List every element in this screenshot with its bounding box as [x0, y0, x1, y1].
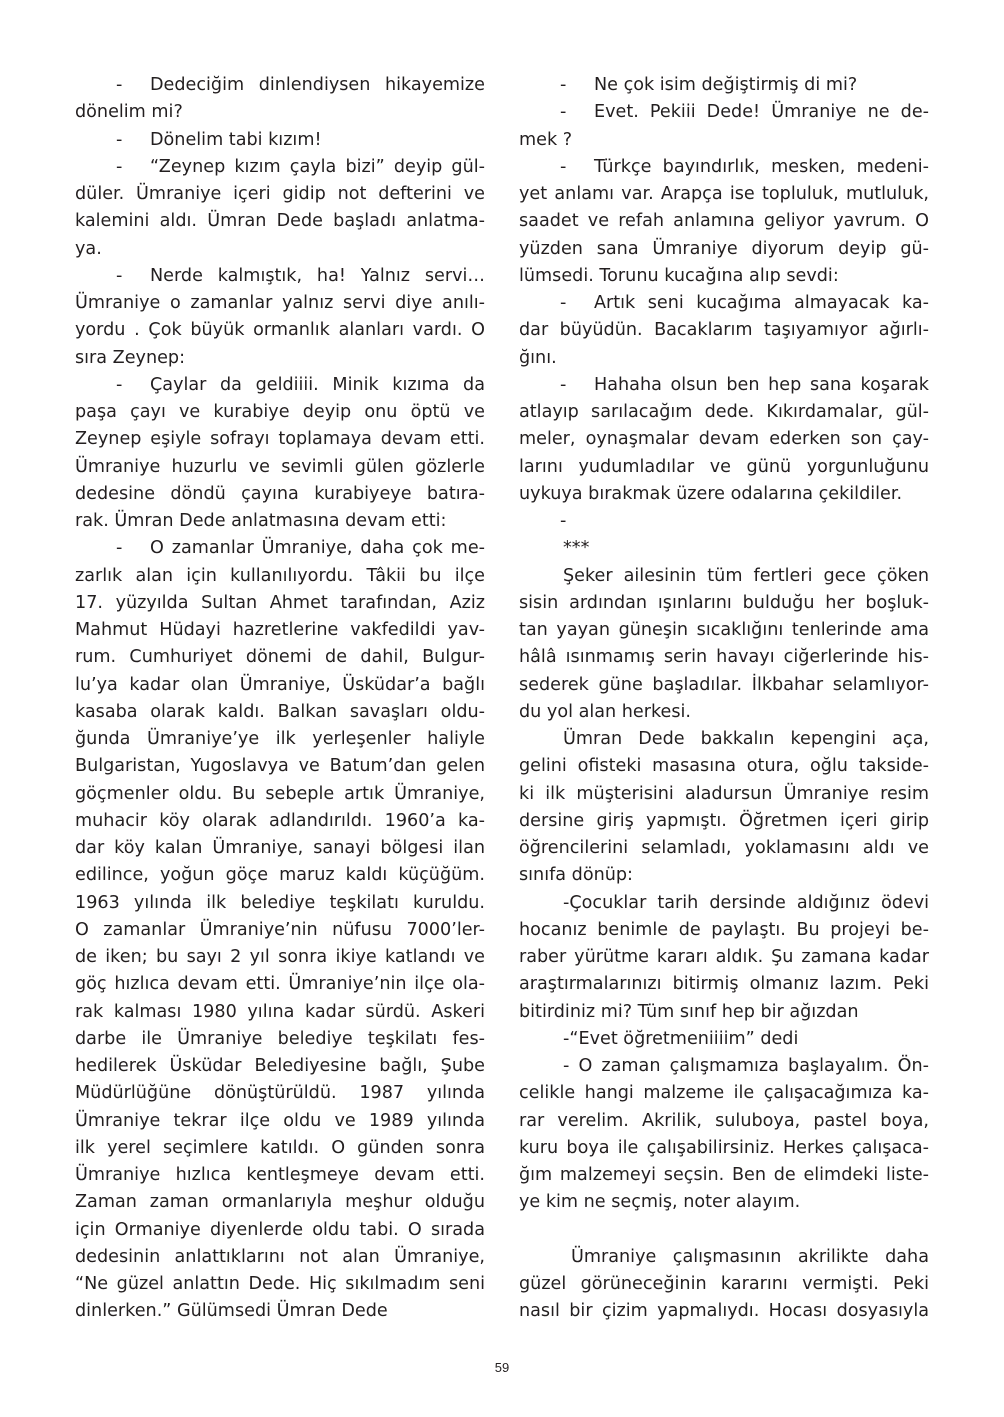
dialogue-dash: -: [75, 263, 150, 290]
line-text: nasıl bir çizim yapmalıydı. Hocası dosya…: [519, 1298, 929, 1325]
text-line: ğım malzemeyi seçsin. Ben de elimdeki li…: [519, 1162, 929, 1189]
text-line: atlayıp sarılacağım dede. Kıkırdamalar, …: [519, 399, 929, 426]
line-text: kuru boya ile çalışabilirsiniz. Herkes ç…: [519, 1135, 929, 1162]
line-text: darbe ile Ümraniye belediye teşkilatı fe…: [75, 1026, 485, 1053]
dialogue-dash: -: [75, 372, 150, 399]
dialogue-dash: -: [75, 127, 150, 154]
line-text: Zaman zaman ormanlarıyla meşhur olduğu: [75, 1189, 485, 1216]
text-line: Mahmut Hüdayi hazretlerine vakfedildi ya…: [75, 617, 485, 644]
line-text: -Çocuklar tarih dersinde aldığınız ödevi: [563, 890, 929, 917]
text-line: hedilerek Üsküdar Belediyesine bağlı, Şu…: [75, 1053, 485, 1080]
line-text: sederek güne başladılar. İlkbahar selaml…: [519, 672, 929, 699]
text-line: göçmenler oldu. Bu sebeple artık Ümraniy…: [75, 781, 485, 808]
text-line: [519, 1217, 929, 1244]
text-line: du yol alan herkesi.: [519, 699, 929, 726]
dialogue-dash: -: [519, 154, 594, 181]
text-line: rak. Ümran Dede anlatmasına devam etti:: [75, 508, 485, 535]
line-text: Şeker ailesinin tüm fertleri gece çöken: [563, 563, 929, 590]
line-text: saadet ve refah anlamına geliyor yavrum.…: [519, 208, 929, 235]
text-line: ki ilk müşterisini aladursun Ümraniye re…: [519, 781, 929, 808]
line-text: için Ormaniye diyenlerde oldu tabi. O sı…: [75, 1217, 485, 1244]
line-text: larını yudumladılar ve günü yorgunluğunu: [519, 454, 929, 481]
text-line: nasıl bir çizim yapmalıydı. Hocası dosya…: [519, 1298, 929, 1325]
text-line: 1963 yılında ilk belediye teşkilatı kuru…: [75, 890, 485, 917]
text-line: dersine giriş yapmıştı. Öğretmen içeri g…: [519, 808, 929, 835]
text-line: paşa çayı ve kurabiye deyip onu öptü ve: [75, 399, 485, 426]
left-text-column: -Dedeciğim dinlendiysen hikayemizedöneli…: [75, 72, 485, 1326]
text-line: ye kim ne seçmiş, noter alayım.: [519, 1189, 929, 1216]
line-text: ya.: [75, 236, 485, 263]
line-text: atlayıp sarılacağım dede. Kıkırdamalar, …: [519, 399, 929, 426]
line-text: araştırmalarınızı bitirmiş olmanız lazım…: [519, 971, 929, 998]
text-line: -Dönelim tabi kızım!: [75, 127, 485, 154]
line-text: dedesinin anlattıklarını not alan Ümrani…: [75, 1244, 485, 1271]
text-line: kalemini aldı. Ümran Dede başladı anlatm…: [75, 208, 485, 235]
line-text: zarlık alan için kullanılıyordu. Tâkii b…: [75, 563, 485, 590]
text-line: Zaman zaman ormanlarıyla meşhur olduğu: [75, 1189, 485, 1216]
text-line: Ümraniye hızlıca kentleşmeye devam etti.: [75, 1162, 485, 1189]
line-text: yet anlamı var. Arapça ise topluluk, mut…: [519, 181, 929, 208]
right-text-column: -Ne çok isim değiştirmiş di mi?-Evet. Pe…: [519, 72, 929, 1326]
line-text: Ümraniye tekrar ilçe oldu ve 1989 yılınd…: [75, 1108, 485, 1135]
text-line: dinlerken.” Gülümsedi Ümran Dede: [75, 1298, 485, 1325]
line-text: 17. yüzyılda Sultan Ahmet tarafından, Az…: [75, 590, 485, 617]
text-line: güzel görüneceğinin kararını vermişti. P…: [519, 1271, 929, 1298]
dialogue-dash: -: [519, 99, 594, 126]
text-line: rar verelim. Akrilik, suluboya, pastel b…: [519, 1108, 929, 1135]
line-text: lu’ya kadar olan Ümraniye, Üsküdar’a bağ…: [75, 672, 485, 699]
line-text: dersine giriş yapmıştı. Öğretmen içeri g…: [519, 808, 929, 835]
line-text: gelini ofisteki masasına otura, oğlu tak…: [519, 753, 929, 780]
text-line: hocanız benimle de paylaştı. Bu projeyi …: [519, 917, 929, 944]
text-line: sınıfa dönüp:: [519, 862, 929, 889]
text-line: raber yürütme kararı aldık. Şu zamana ka…: [519, 944, 929, 971]
line-text: Hahaha olsun ben hep sana koşarak: [594, 372, 929, 399]
text-line: araştırmalarınızı bitirmiş olmanız lazım…: [519, 971, 929, 998]
text-line: larını yudumladılar ve günü yorgunluğunu: [519, 454, 929, 481]
text-line: dar büyüdün. Bacaklarım taşıyamıyor ağır…: [519, 317, 929, 344]
text-line: ilk yerel seçimlere katıldı. O günden so…: [75, 1135, 485, 1162]
text-line: lümsedi. Torunu kucağına alıp sevdi:: [519, 263, 929, 290]
line-text: Ümran Dede bakkalın kepengini aça,: [563, 726, 929, 753]
dialogue-dash: -: [519, 72, 594, 99]
line-text: Nerde kalmıştık, ha! Yalnız servi…: [150, 263, 485, 290]
line-text: Bulgaristan, Yugoslavya ve Batum’dan gel…: [75, 753, 485, 780]
line-text: meler, oynaşmalar devam ederken son çay-: [519, 426, 929, 453]
line-text: Mahmut Hüdayi hazretlerine vakfedildi ya…: [75, 617, 485, 644]
page-number: 59: [0, 1360, 1004, 1375]
line-text: ilk yerel seçimlere katıldı. O günden so…: [75, 1135, 485, 1162]
text-line: yet anlamı var. Arapça ise topluluk, mut…: [519, 181, 929, 208]
line-text: ğunda Ümraniye’ye ilk yerleşenler haliyl…: [75, 726, 485, 753]
text-line: -Çaylar da geldiiii. Minik kızıma da: [75, 372, 485, 399]
text-line: ğunda Ümraniye’ye ilk yerleşenler haliyl…: [75, 726, 485, 753]
book-page: -Dedeciğim dinlendiysen hikayemizedöneli…: [0, 0, 1004, 1417]
text-line: yüzden sana Ümraniye diyorum deyip gü-: [519, 236, 929, 263]
dialogue-dash: -: [519, 508, 594, 535]
text-line: kuru boya ile çalışabilirsiniz. Herkes ç…: [519, 1135, 929, 1162]
line-text: Müdürlüğüne dönüştürüldü. 1987 yılında: [75, 1080, 485, 1107]
line-text: 1963 yılında ilk belediye teşkilatı kuru…: [75, 890, 485, 917]
text-line: yordu . Çok büyük ormanlık alanları vard…: [75, 317, 485, 344]
line-text: lümsedi. Torunu kucağına alıp sevdi:: [519, 263, 929, 290]
text-line: - O zaman çalışmamıza başlayalım. Ön-: [519, 1053, 929, 1080]
text-line: Bulgaristan, Yugoslavya ve Batum’dan gel…: [75, 753, 485, 780]
line-text: paşa çayı ve kurabiye deyip onu öptü ve: [75, 399, 485, 426]
line-text: göçmenler oldu. Bu sebeple artık Ümraniy…: [75, 781, 485, 808]
text-line: Müdürlüğüne dönüştürüldü. 1987 yılında: [75, 1080, 485, 1107]
dialogue-dash: -: [75, 535, 150, 562]
text-line: saadet ve refah anlamına geliyor yavrum.…: [519, 208, 929, 235]
line-text: sisin ardından ışınlarını bulduğu her bo…: [519, 590, 929, 617]
line-text: rak. Ümran Dede anlatmasına devam etti:: [75, 508, 485, 535]
line-text: göç hızlıca devam etti. Ümraniye’nin ilç…: [75, 971, 485, 998]
text-line: meler, oynaşmalar devam ederken son çay-: [519, 426, 929, 453]
line-text: ki ilk müşterisini aladursun Ümraniye re…: [519, 781, 929, 808]
line-text: Dedeciğim dinlendiysen hikayemize: [150, 72, 485, 99]
line-text: Artık seni kucağıma almayacak ka-: [594, 290, 929, 317]
line-text: Ümraniye o zamanlar yalnız servi diye an…: [75, 290, 485, 317]
line-text: dönelim mi?: [75, 99, 485, 126]
line-text: Ümraniye huzurlu ve sevimli gülen gözler…: [75, 454, 485, 481]
text-line: darbe ile Ümraniye belediye teşkilatı fe…: [75, 1026, 485, 1053]
text-line: -: [519, 508, 929, 535]
text-line: -Evet. Pekiii Dede! Ümraniye ne de-: [519, 99, 929, 126]
text-line: -Nerde kalmıştık, ha! Yalnız servi…: [75, 263, 485, 290]
text-line: için Ormaniye diyenlerde oldu tabi. O sı…: [75, 1217, 485, 1244]
line-text: tan yayan güneşin sıcaklığını tenlerinde…: [519, 617, 929, 644]
line-text: kasaba olarak kaldı. Balkan savaşları ol…: [75, 699, 485, 726]
line-text: güzel görüneceğinin kararını vermişti. P…: [519, 1271, 929, 1298]
text-line: lu’ya kadar olan Ümraniye, Üsküdar’a bağ…: [75, 672, 485, 699]
line-text: ye kim ne seçmiş, noter alayım.: [519, 1189, 929, 1216]
text-line: rak kalması 1980 yılına kadar sürdü. Ask…: [75, 999, 485, 1026]
text-line: ya.: [75, 236, 485, 263]
dialogue-dash: -: [519, 290, 594, 317]
text-line: -Ne çok isim değiştirmiş di mi?: [519, 72, 929, 99]
text-line: mek ?: [519, 127, 929, 154]
text-line: Ümraniye o zamanlar yalnız servi diye an…: [75, 290, 485, 317]
line-text: sıra Zeynep:: [75, 345, 485, 372]
text-line: Ümraniye çalışmasının akrilikte daha: [519, 1244, 929, 1271]
line-text: ğını.: [519, 345, 929, 372]
line-text: Evet. Pekiii Dede! Ümraniye ne de-: [594, 99, 929, 126]
line-text: rar verelim. Akrilik, suluboya, pastel b…: [519, 1108, 929, 1135]
line-text: hâlâ ısınmamış serin havayı ciğerlerinde…: [519, 644, 929, 671]
line-text: edilince, yoğun göçe maruz kaldı küçüğüm…: [75, 862, 485, 889]
line-text: - O zaman çalışmamıza başlayalım. Ön-: [563, 1053, 929, 1080]
text-line: -Artık seni kucağıma almayacak ka-: [519, 290, 929, 317]
text-line: Ümran Dede bakkalın kepengini aça,: [519, 726, 929, 753]
text-line: gelini ofisteki masasına otura, oğlu tak…: [519, 753, 929, 780]
text-line: bitirdiniz mi? Tüm sınıf hep bir ağızdan: [519, 999, 929, 1026]
text-line: -“Zeynep kızım çayla bizi” deyip gül-: [75, 154, 485, 181]
line-text: “Ne güzel anlattın Dede. Hiç sıkılmadım …: [75, 1271, 485, 1298]
dialogue-dash: -: [75, 154, 150, 181]
text-line: sıra Zeynep:: [75, 345, 485, 372]
text-line: dedesine döndü çayına kurabiyeye batıra-: [75, 481, 485, 508]
line-text: kalemini aldı. Ümran Dede başladı anlatm…: [75, 208, 485, 235]
line-text: dinlerken.” Gülümsedi Ümran Dede: [75, 1298, 485, 1325]
text-line: edilince, yoğun göçe maruz kaldı küçüğüm…: [75, 862, 485, 889]
line-text: sınıfa dönüp:: [519, 862, 929, 889]
line-text: düler. Ümraniye içeri gidip not defterin…: [75, 181, 485, 208]
text-line: celikle hangi malzeme ile çalışacağımıza…: [519, 1080, 929, 1107]
text-line: uykuya bırakmak üzere odalarına çekildil…: [519, 481, 929, 508]
line-text: rum. Cumhuriyet dönemi de dahil, Bulgur-: [75, 644, 485, 671]
text-line: 17. yüzyılda Sultan Ahmet tarafından, Az…: [75, 590, 485, 617]
line-text: Ümraniye çalışmasının akrilikte daha: [571, 1244, 929, 1271]
line-text: de iken; bu sayı 2 yıl sonra ikiye katla…: [75, 944, 485, 971]
text-line: -Hahaha olsun ben hep sana koşarak: [519, 372, 929, 399]
line-text: ğım malzemeyi seçsin. Ben de elimdeki li…: [519, 1162, 929, 1189]
text-line: -“Evet öğretmeniiiim” dedi: [519, 1026, 929, 1053]
line-text: muhacir köy olarak adlandırıldı. 1960’a …: [75, 808, 485, 835]
text-line: -Türkçe bayındırlık, mesken, medeni-: [519, 154, 929, 181]
text-line: düler. Ümraniye içeri gidip not defterin…: [75, 181, 485, 208]
text-line: dar köy kalan Ümraniye, sanayi bölgesi i…: [75, 835, 485, 862]
line-text: yüzden sana Ümraniye diyorum deyip gü-: [519, 236, 929, 263]
line-text: mek ?: [519, 127, 929, 154]
line-text: ***: [563, 535, 929, 562]
line-text: celikle hangi malzeme ile çalışacağımıza…: [519, 1080, 929, 1107]
line-text: O zamanlar Ümraniye’nin nüfusu 7000’ler-: [75, 917, 485, 944]
text-line: ğını.: [519, 345, 929, 372]
text-line: Zeynep eşiyle sofrayı toplamaya devam et…: [75, 426, 485, 453]
text-line: göç hızlıca devam etti. Ümraniye’nin ilç…: [75, 971, 485, 998]
text-line: Şeker ailesinin tüm fertleri gece çöken: [519, 563, 929, 590]
line-text: -“Evet öğretmeniiiim” dedi: [563, 1026, 929, 1053]
line-text: raber yürütme kararı aldık. Şu zamana ka…: [519, 944, 929, 971]
line-text: Ümraniye hızlıca kentleşmeye devam etti.: [75, 1162, 485, 1189]
line-text: Zeynep eşiyle sofrayı toplamaya devam et…: [75, 426, 485, 453]
line-text: yordu . Çok büyük ormanlık alanları vard…: [75, 317, 485, 344]
line-text: du yol alan herkesi.: [519, 699, 929, 726]
line-text: hedilerek Üsküdar Belediyesine bağlı, Şu…: [75, 1053, 485, 1080]
line-text: dar büyüdün. Bacaklarım taşıyamıyor ağır…: [519, 317, 929, 344]
text-line: sederek güne başladılar. İlkbahar selaml…: [519, 672, 929, 699]
text-line: sisin ardından ışınlarını bulduğu her bo…: [519, 590, 929, 617]
text-line: de iken; bu sayı 2 yıl sonra ikiye katla…: [75, 944, 485, 971]
line-text: dedesine döndü çayına kurabiyeye batıra-: [75, 481, 485, 508]
line-text: bitirdiniz mi? Tüm sınıf hep bir ağızdan: [519, 999, 929, 1026]
text-line: ***: [519, 535, 929, 562]
line-text: “Zeynep kızım çayla bizi” deyip gül-: [150, 154, 485, 181]
dialogue-dash: -: [519, 372, 594, 399]
line-text: rak kalması 1980 yılına kadar sürdü. Ask…: [75, 999, 485, 1026]
text-line: O zamanlar Ümraniye’nin nüfusu 7000’ler-: [75, 917, 485, 944]
line-text: Türkçe bayındırlık, mesken, medeni-: [594, 154, 929, 181]
line-text: uykuya bırakmak üzere odalarına çekildil…: [519, 481, 929, 508]
text-line: “Ne güzel anlattın Dede. Hiç sıkılmadım …: [75, 1271, 485, 1298]
text-line: Ümraniye huzurlu ve sevimli gülen gözler…: [75, 454, 485, 481]
text-line: öğrencilerini selamladı, yoklamasını ald…: [519, 835, 929, 862]
text-line: rum. Cumhuriyet dönemi de dahil, Bulgur-: [75, 644, 485, 671]
line-text: dar köy kalan Ümraniye, sanayi bölgesi i…: [75, 835, 485, 862]
text-line: -Dedeciğim dinlendiysen hikayemize: [75, 72, 485, 99]
text-line: -Çocuklar tarih dersinde aldığınız ödevi: [519, 890, 929, 917]
text-line: hâlâ ısınmamış serin havayı ciğerlerinde…: [519, 644, 929, 671]
text-line: kasaba olarak kaldı. Balkan savaşları ol…: [75, 699, 485, 726]
text-line: dedesinin anlattıklarını not alan Ümrani…: [75, 1244, 485, 1271]
line-text: Çaylar da geldiiii. Minik kızıma da: [150, 372, 485, 399]
text-line: zarlık alan için kullanılıyordu. Tâkii b…: [75, 563, 485, 590]
line-text: öğrencilerini selamladı, yoklamasını ald…: [519, 835, 929, 862]
text-line: dönelim mi?: [75, 99, 485, 126]
text-line: tan yayan güneşin sıcaklığını tenlerinde…: [519, 617, 929, 644]
text-line: -O zamanlar Ümraniye, daha çok me-: [75, 535, 485, 562]
text-line: Ümraniye tekrar ilçe oldu ve 1989 yılınd…: [75, 1108, 485, 1135]
line-text: O zamanlar Ümraniye, daha çok me-: [150, 535, 485, 562]
text-line: muhacir köy olarak adlandırıldı. 1960’a …: [75, 808, 485, 835]
line-text: Dönelim tabi kızım!: [150, 127, 485, 154]
dialogue-dash: -: [75, 72, 150, 99]
line-text: hocanız benimle de paylaştı. Bu projeyi …: [519, 917, 929, 944]
line-text: Ne çok isim değiştirmiş di mi?: [594, 72, 929, 99]
